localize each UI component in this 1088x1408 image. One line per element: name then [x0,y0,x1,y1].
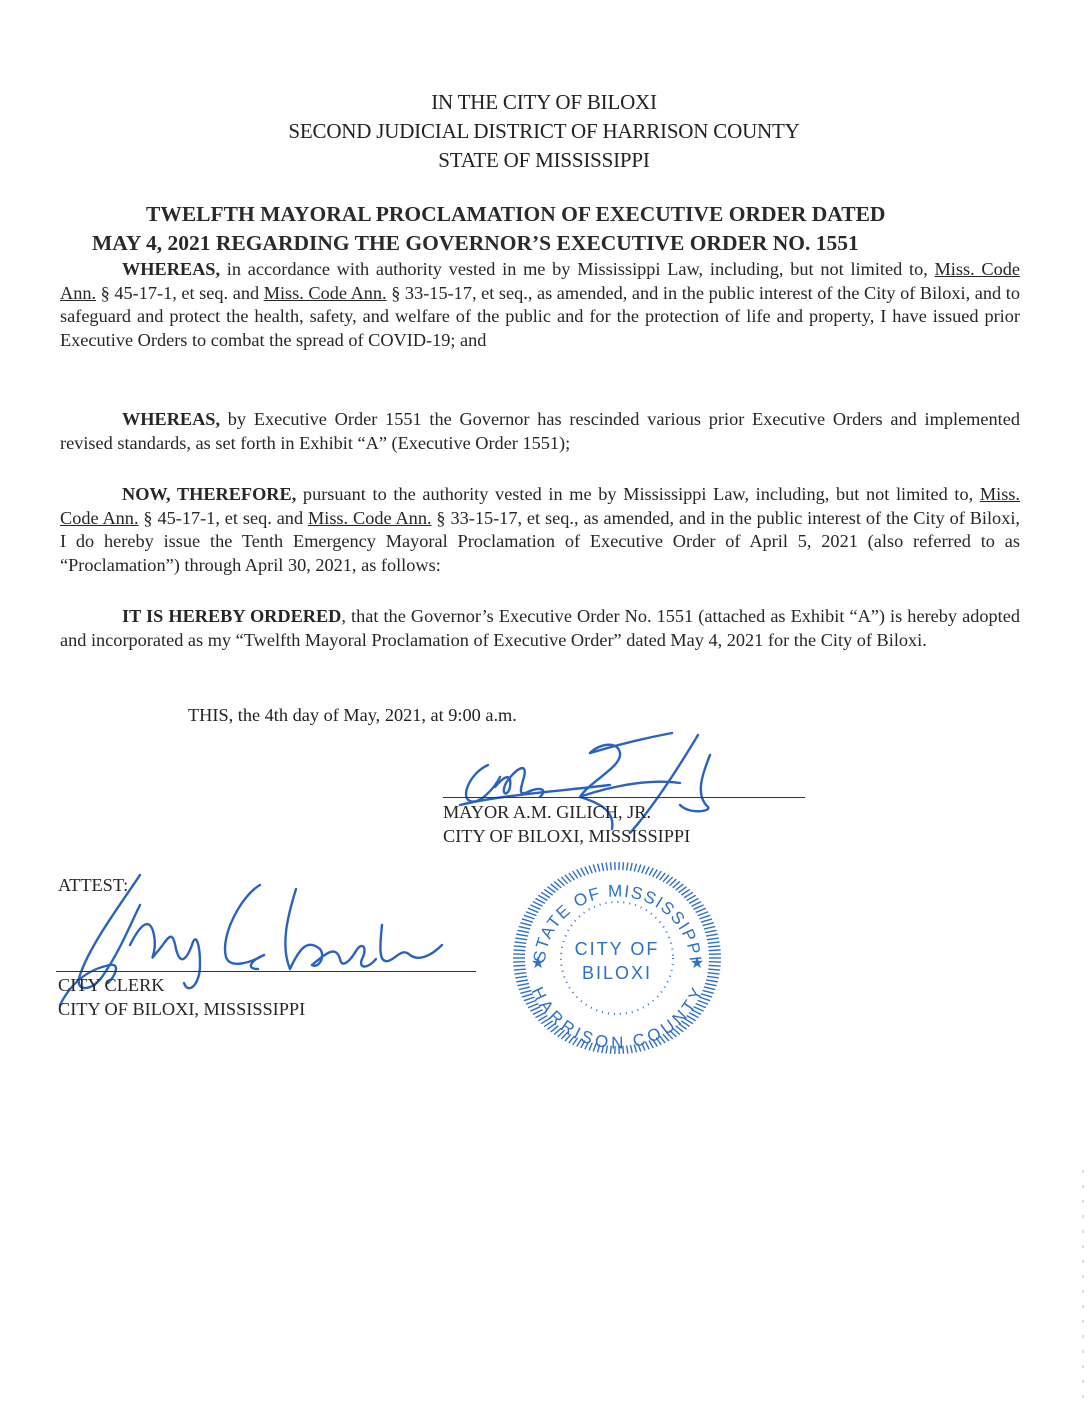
mayor-city: CITY OF BILOXI, MISSISSIPPI [443,824,690,848]
caption-line: IN THE CITY OF BILOXI [0,88,1088,117]
document-title: TWELFTH MAYORAL PROCLAMATION OF EXECUTIV… [92,200,1012,258]
caption-line: SECOND JUDICIAL DISTRICT OF HARRISON COU… [0,117,1088,146]
city-seal-icon: STATE OF MISSISSIPPI HARRISON COUNTY ★ ★… [510,860,725,1055]
paragraph-text: § 45-17-1, et seq. and [96,283,264,303]
mayor-signature-line [443,797,805,798]
seal-star-icon: ★ [531,953,545,972]
ordered-paragraph: IT IS HEREBY ORDERED, that the Governor’… [60,605,1020,652]
case-caption: IN THE CITY OF BILOXI SECOND JUDICIAL DI… [0,88,1088,175]
paragraph-text: pursuant to the authority vested in me b… [296,484,980,504]
clerk-city: CITY OF BILOXI, MISSISSIPPI [58,997,305,1021]
document-page: IN THE CITY OF BILOXI SECOND JUDICIAL DI… [0,0,1088,1408]
seal-bottom-text: HARRISON COUNTY [528,984,708,1053]
seal-star-icon: ★ [690,953,704,972]
dateline: THIS, the 4th day of May, 2021, at 9:00 … [188,705,517,726]
seal-center-line2: BILOXI [582,963,652,983]
svg-text:HARRISON COUNTY: HARRISON COUNTY [528,984,708,1053]
paragraph-lead: IT IS HEREBY ORDERED [122,606,341,626]
paragraph-lead: WHEREAS, [122,409,220,429]
clerk-title: CITY CLERK [58,973,164,997]
whereas-paragraph-1: WHEREAS, in accordance with authority ve… [60,258,1020,352]
clerk-signature-line [56,971,476,972]
mayor-name: MAYOR A.M. GILICH, JR. [443,800,651,824]
statute-citation: Miss. Code Ann. [264,283,387,303]
paragraph-text: § 45-17-1, et seq. and [139,508,308,528]
title-line: MAY 4, 2021 REGARDING THE GOVERNOR’S EXE… [92,229,1012,258]
caption-line: STATE OF MISSISSIPPI [0,146,1088,175]
seal-center-line1: CITY OF [575,939,660,959]
statute-citation: Miss. Code Ann. [308,508,432,528]
now-therefore-paragraph: NOW, THEREFORE, pursuant to the authorit… [60,483,1020,577]
paragraph-lead: WHEREAS, [122,259,220,279]
paragraph-text: in accordance with authority vested in m… [220,259,935,279]
whereas-paragraph-2: WHEREAS, by Executive Order 1551 the Gov… [60,408,1020,455]
paragraph-lead: NOW, THEREFORE, [122,484,296,504]
title-line: TWELFTH MAYORAL PROCLAMATION OF EXECUTIV… [92,200,1012,229]
scan-edge-marks [1082,1170,1084,1400]
